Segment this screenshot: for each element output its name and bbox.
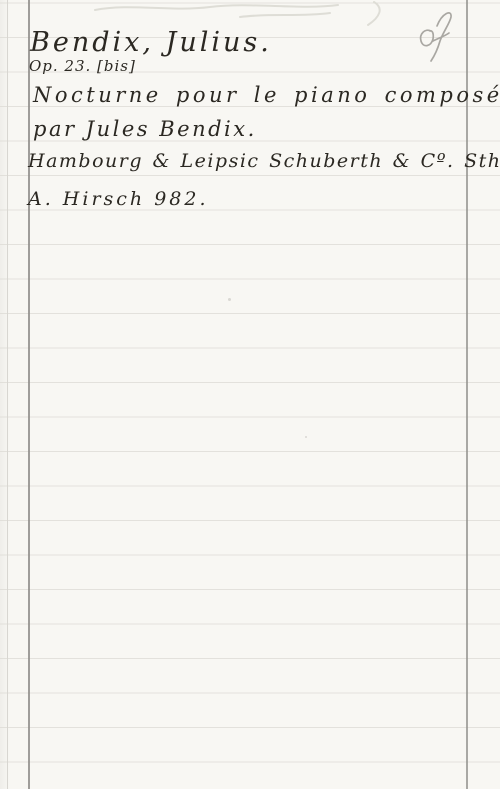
publisher-line: Hambourg & Leipsic Schuberth & Cº. Sthm: [28, 150, 500, 172]
composer-heading: Bendix, Julius.: [30, 27, 272, 58]
title-line-1: Nocturne pour le piano composé: [33, 83, 500, 107]
right-margin-line: [466, 0, 468, 789]
catalog-card-page: Bendix, Julius. Op. 23. [bis] Nocturne p…: [0, 0, 500, 789]
left-margin-line: [28, 0, 30, 789]
paper-speck: [228, 298, 231, 301]
opus-number: Op. 23. [bis]: [29, 57, 136, 75]
plate-number-line: A. Hirsch 982.: [28, 188, 209, 210]
pencil-annotation-of: [413, 4, 467, 64]
left-edge-line: [7, 0, 8, 789]
paper-speck: [305, 436, 307, 438]
title-line-2: par Jules Bendix.: [33, 117, 257, 141]
